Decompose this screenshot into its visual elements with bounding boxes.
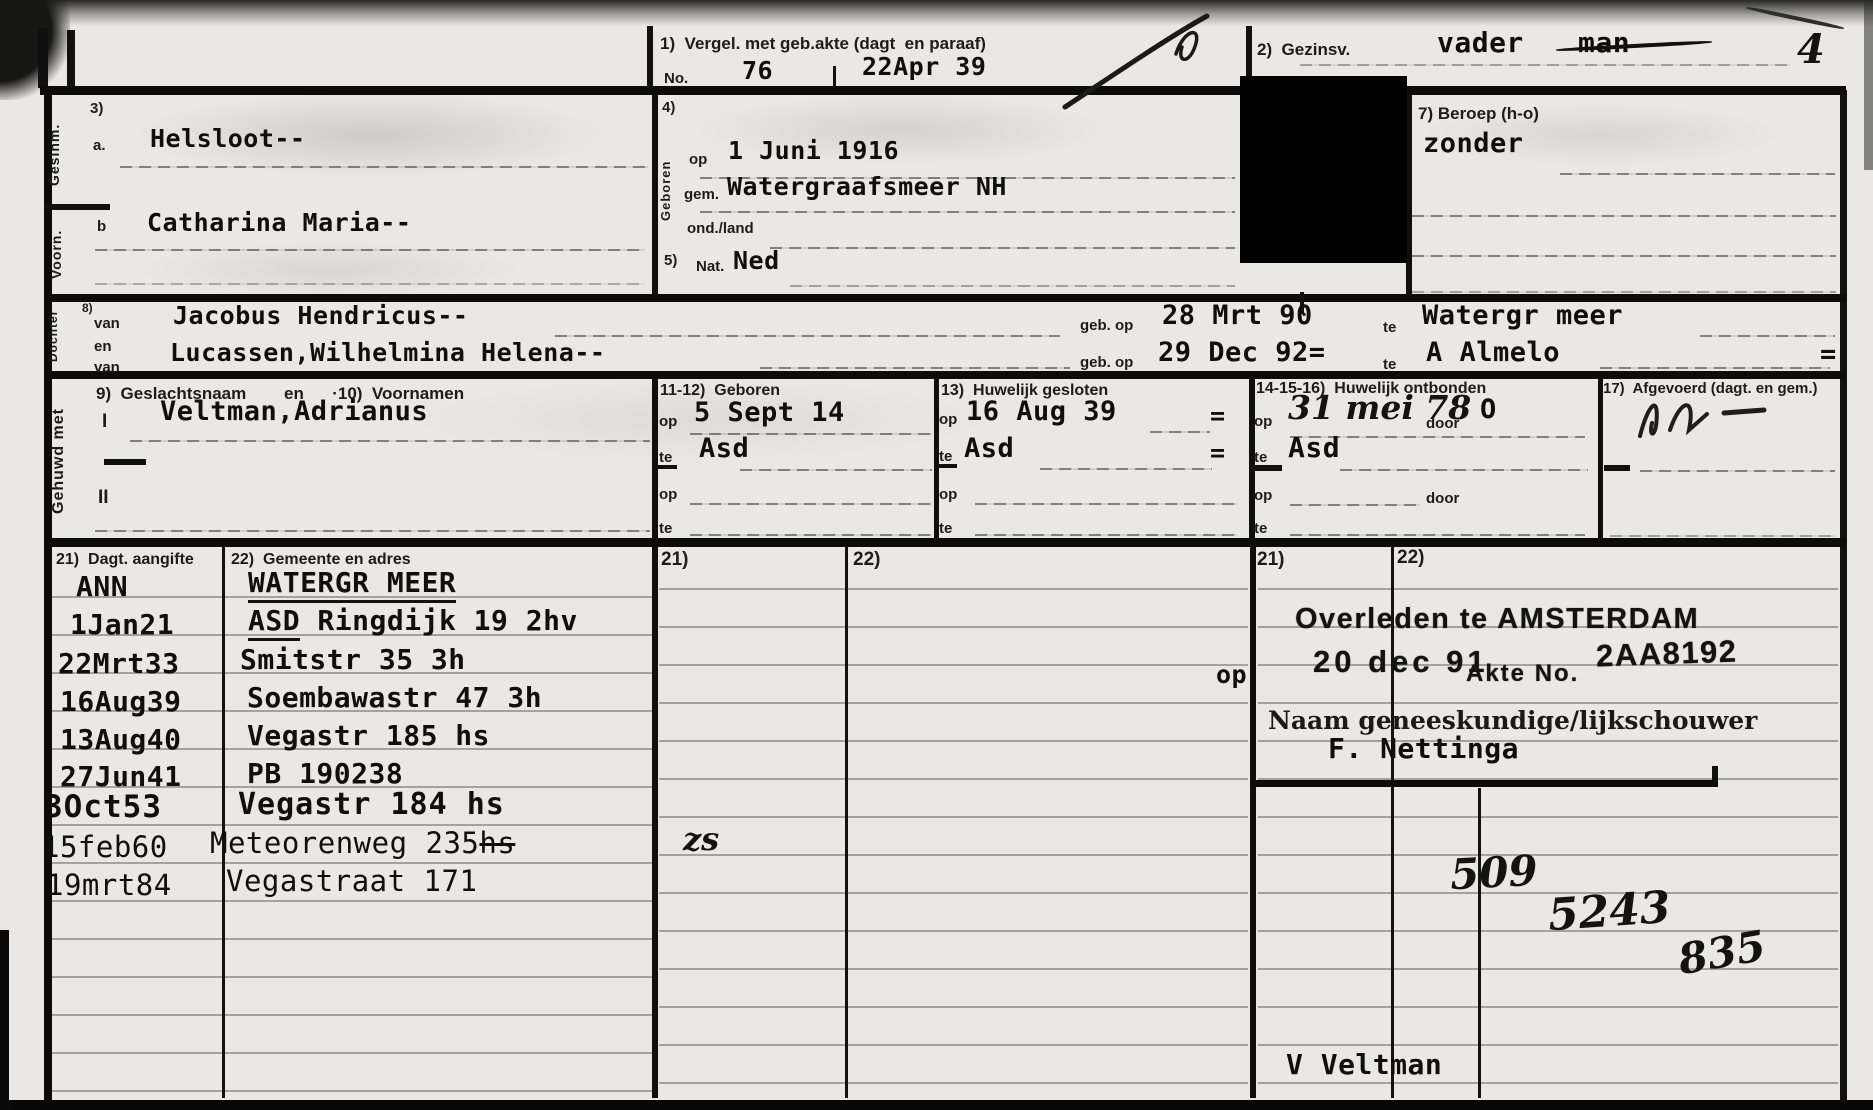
- en-label: en: [94, 338, 112, 355]
- reg-row-addr: Vegastr 185 hs: [247, 719, 490, 752]
- addr-rest: Ringdijk 19 2hv: [300, 604, 578, 637]
- ruled-line: [1610, 535, 1836, 537]
- divider-marriage: [44, 371, 1846, 379]
- ruled-line: [95, 283, 645, 285]
- scan-bottom-edge: [0, 1100, 1873, 1110]
- side-divider: [44, 204, 110, 210]
- mother-birthplace: A Almelo: [1426, 337, 1560, 368]
- mother-van-label: van: [94, 359, 120, 376]
- divider-v-b2: [652, 547, 658, 1098]
- ruled-line: [1290, 504, 1420, 506]
- ruled-line: [700, 211, 1235, 213]
- door-label: door: [1426, 490, 1459, 507]
- te-underline: [657, 465, 677, 469]
- te-label: te: [1254, 520, 1267, 537]
- reg-row-addr: Meteorenweg 235hs: [210, 826, 515, 860]
- nat-num: 5): [664, 252, 677, 269]
- ruled-line: [1290, 534, 1585, 536]
- divider-v-b1: [222, 547, 225, 1098]
- box1-left-border: [647, 26, 653, 88]
- col21-mid-header: 21): [661, 549, 688, 571]
- box1-date: 22Apr 39: [862, 52, 986, 81]
- ruled-line: [555, 335, 1060, 337]
- scan-left-edge: [0, 930, 9, 1110]
- divider-v-b4: [1250, 547, 1256, 1098]
- divider-v-b6: [1478, 788, 1481, 1098]
- beroep-label: 7) Beroep (h-o): [1418, 104, 1539, 124]
- ruled-line: [760, 367, 1070, 369]
- mother-birthdate: 29 Dec 92=: [1158, 337, 1326, 368]
- scan-top-edge: [0, 0, 1873, 26]
- reg-row-date: 3Oct53: [44, 789, 162, 825]
- border-right: [1840, 90, 1847, 1102]
- divorce-door: O: [1480, 394, 1497, 425]
- op-label: op: [1254, 413, 1272, 430]
- death-divider: [1250, 780, 1718, 787]
- ruled-line: [1560, 173, 1835, 175]
- father-birthplace: Watergr meer: [1422, 300, 1623, 331]
- ruled-line: [790, 285, 1235, 287]
- col22-mid-header: 22): [853, 549, 880, 571]
- geboren-num: 4): [662, 99, 675, 116]
- parents-num: 8): [82, 301, 93, 315]
- father-te-label: te: [1383, 319, 1396, 336]
- marriage-row2-num: II: [98, 487, 109, 509]
- gezinsv-value: vader: [1437, 26, 1524, 59]
- death-date: 20 dec 91: [1313, 644, 1489, 680]
- addr-rest: Vegastr 184 hs: [238, 787, 505, 822]
- reg-row-date: 13Aug40: [60, 723, 182, 756]
- binding-tab-1: [38, 28, 48, 88]
- divider-v-m1: [652, 377, 658, 540]
- ruled-line: [1150, 431, 1210, 433]
- nat-label: Nat.: [696, 258, 724, 275]
- scan-corner-blob: [0, 0, 70, 100]
- ruled-line: [1640, 470, 1835, 472]
- ruled-line: [1040, 468, 1212, 470]
- father-gebop-label: geb. op: [1080, 317, 1133, 334]
- spouse-name: Veltman,Adrianus: [160, 396, 428, 427]
- te-label: te: [659, 449, 672, 466]
- paraaf-signature: [1055, 12, 1230, 112]
- ruled-line: [1700, 335, 1835, 337]
- equals-mark: =: [1210, 438, 1226, 467]
- addr-rest: PB 190238: [247, 757, 403, 790]
- addr-rest: Vegastr 185 hs: [247, 719, 490, 752]
- spouse-birth-place: Asd: [699, 433, 749, 464]
- father-birthdate: 28 Mrt 90: [1162, 300, 1313, 331]
- mother-name: Lucassen,Wilhelmina Helena--: [170, 338, 605, 367]
- signature: V Veltman: [1286, 1048, 1442, 1081]
- registration-card-scan: 1) Vergel. met geb.akte (dagt en paraaf)…: [0, 0, 1873, 1110]
- op-label: op: [939, 486, 957, 503]
- birth-ond-label: ond./land: [687, 220, 754, 237]
- reg-row-date: ANN: [76, 570, 128, 603]
- ruled-line: [95, 249, 645, 251]
- ruled-line: [130, 440, 650, 442]
- reg-row-date: 1Jan21: [70, 608, 174, 641]
- ruled-line: [1412, 255, 1836, 257]
- reg-row-addr: PB 190238: [247, 757, 403, 790]
- father-van-label: van: [94, 315, 120, 332]
- person-surname: Helsloot--: [150, 124, 306, 153]
- side-label-geslnm: Geslnm.: [46, 112, 62, 198]
- ruled-line: [740, 469, 932, 471]
- person-b-label: b: [97, 218, 106, 235]
- person-num: 3): [90, 100, 103, 117]
- beroep-value: zonder: [1423, 128, 1524, 159]
- ruled-line: [1600, 367, 1830, 369]
- divider-v-m4: [1598, 377, 1603, 540]
- marriage-date: 16 Aug 39: [966, 396, 1117, 427]
- reg-row-date: 15feb60: [42, 830, 168, 864]
- redaction-box: [1240, 76, 1407, 263]
- binding-tab-2: [67, 30, 75, 88]
- reg-date-header: 21) Dagt. aangifte: [56, 551, 194, 569]
- ruled-line: [1412, 291, 1836, 293]
- ruled-line: [690, 503, 932, 505]
- te-label: te: [1254, 449, 1267, 466]
- reg-row-addr: WATERGR MEER: [248, 566, 456, 599]
- addr-underlined: ASD: [248, 604, 300, 641]
- afgevoerd-scribble: [1612, 386, 1822, 441]
- reg-row-addr: ASD Ringdijk 19 2hv: [248, 604, 578, 637]
- ruled-line: [120, 166, 648, 168]
- ref-number-2: 5243: [1546, 882, 1672, 941]
- op-label: op: [659, 413, 677, 430]
- reg-row-date: 16Aug39: [60, 685, 182, 718]
- addr-rest: Meteorenweg 235: [210, 826, 479, 860]
- col21-right-header: 21): [1257, 549, 1284, 571]
- ruled-line: [975, 503, 1237, 505]
- death-overleden: Overleden te AMSTERDAM: [1295, 603, 1699, 636]
- addr-struck: hs: [479, 826, 515, 860]
- thick-mark: [1252, 465, 1282, 471]
- equals-mark: =: [1210, 401, 1226, 430]
- nationality: Ned: [733, 246, 780, 275]
- box2-label: 2) Gezinsv.: [1257, 40, 1350, 60]
- examiner-name: F. Nettinga: [1328, 732, 1519, 765]
- akte-number: 2AA8192: [1595, 634, 1738, 675]
- ruled-grid-mid: [659, 552, 1248, 1096]
- side-label-geboren: Geboren: [658, 135, 673, 247]
- mother-te-label: te: [1383, 356, 1396, 373]
- box1-label: 1) Vergel. met geb.akte (dagt en paraaf): [660, 34, 986, 54]
- birth-date: 1 Juni 1916: [728, 136, 899, 165]
- ruled-line: [1412, 215, 1836, 217]
- te-label: te: [939, 520, 952, 537]
- op-label: op: [1254, 487, 1272, 504]
- reg-row-date: 19mrt84: [46, 868, 172, 902]
- marriage-row1-num: I: [102, 411, 107, 433]
- divorce-place: Asd: [1288, 431, 1340, 464]
- op-label: op: [659, 486, 677, 503]
- addr-underlined: WATERGR MEER: [248, 566, 456, 603]
- marriage-place: Asd: [964, 433, 1014, 464]
- equals-mark: =: [1820, 339, 1837, 370]
- death-divider-tick: [1712, 766, 1718, 782]
- divider-v-b3: [845, 547, 848, 1098]
- op-fragment: op: [1216, 660, 1247, 689]
- side-label-voorn: Voorn.: [48, 218, 64, 290]
- ruled-line: [975, 534, 1237, 536]
- divider-bottom: [44, 538, 1846, 547]
- birth-gem: Watergraafsmeer NH: [727, 172, 1007, 201]
- addr-rest: Vegastraat 171: [226, 864, 477, 898]
- mother-gebop-label: geb. op: [1080, 354, 1133, 371]
- side-label-dochter: Dochter: [46, 304, 60, 368]
- father-name: Jacobus Hendricus--: [173, 301, 468, 330]
- person-firstnames: Catharina Maria--: [147, 208, 411, 237]
- border-top: [40, 86, 1846, 95]
- thick-mark: [1604, 465, 1630, 471]
- scan-right-edge: [1864, 0, 1873, 170]
- examiner-label: Naam geneeskundige/lijkschouwer: [1268, 706, 1757, 735]
- ruled-line: [690, 534, 932, 536]
- ruled-line: [95, 530, 650, 532]
- reg-row-addr: Vegastraat 171: [226, 864, 477, 898]
- te-label: te: [939, 448, 952, 465]
- box1-no-value: 76: [742, 56, 773, 85]
- gezinsv-struck-value: man: [1578, 26, 1630, 59]
- te-underline: [937, 464, 957, 468]
- col22-right-header: 22): [1397, 547, 1424, 569]
- spouse-birth-date: 5 Sept 14: [694, 397, 845, 428]
- box1-tick: [833, 66, 836, 88]
- ruled-line: [770, 247, 1235, 249]
- reg-row-addr: Soembawastr 47 3h: [247, 681, 542, 714]
- te-label: te: [659, 520, 672, 537]
- side-label-gehuwd: Gehuwd met: [50, 392, 68, 530]
- akte-label: Akte No.: [1466, 660, 1579, 688]
- door-label: door: [1426, 415, 1459, 432]
- box1-no-label: No.: [664, 70, 688, 87]
- reg-row-addr: Smitstr 35 3h: [240, 643, 466, 676]
- birth-op-label: op: [689, 151, 707, 168]
- person-a-label: a.: [93, 137, 106, 154]
- birth-gem-label: gem.: [684, 186, 719, 203]
- ref-number-1: 509: [1449, 846, 1539, 900]
- reg-row-date: 22Mrt33: [58, 647, 180, 680]
- op-label: op: [939, 411, 957, 428]
- addr-rest: Soembawastr 47 3h: [247, 681, 542, 714]
- thick-mark: [104, 459, 146, 465]
- corner-note: 4: [1797, 26, 1825, 73]
- reg-row-addr: Vegastr 184 hs: [238, 787, 505, 822]
- ruled-line: [1340, 469, 1588, 471]
- addr-rest: Smitstr 35 3h: [240, 643, 466, 676]
- note-zs: zs: [683, 820, 719, 858]
- ruled-line: [1300, 64, 1790, 66]
